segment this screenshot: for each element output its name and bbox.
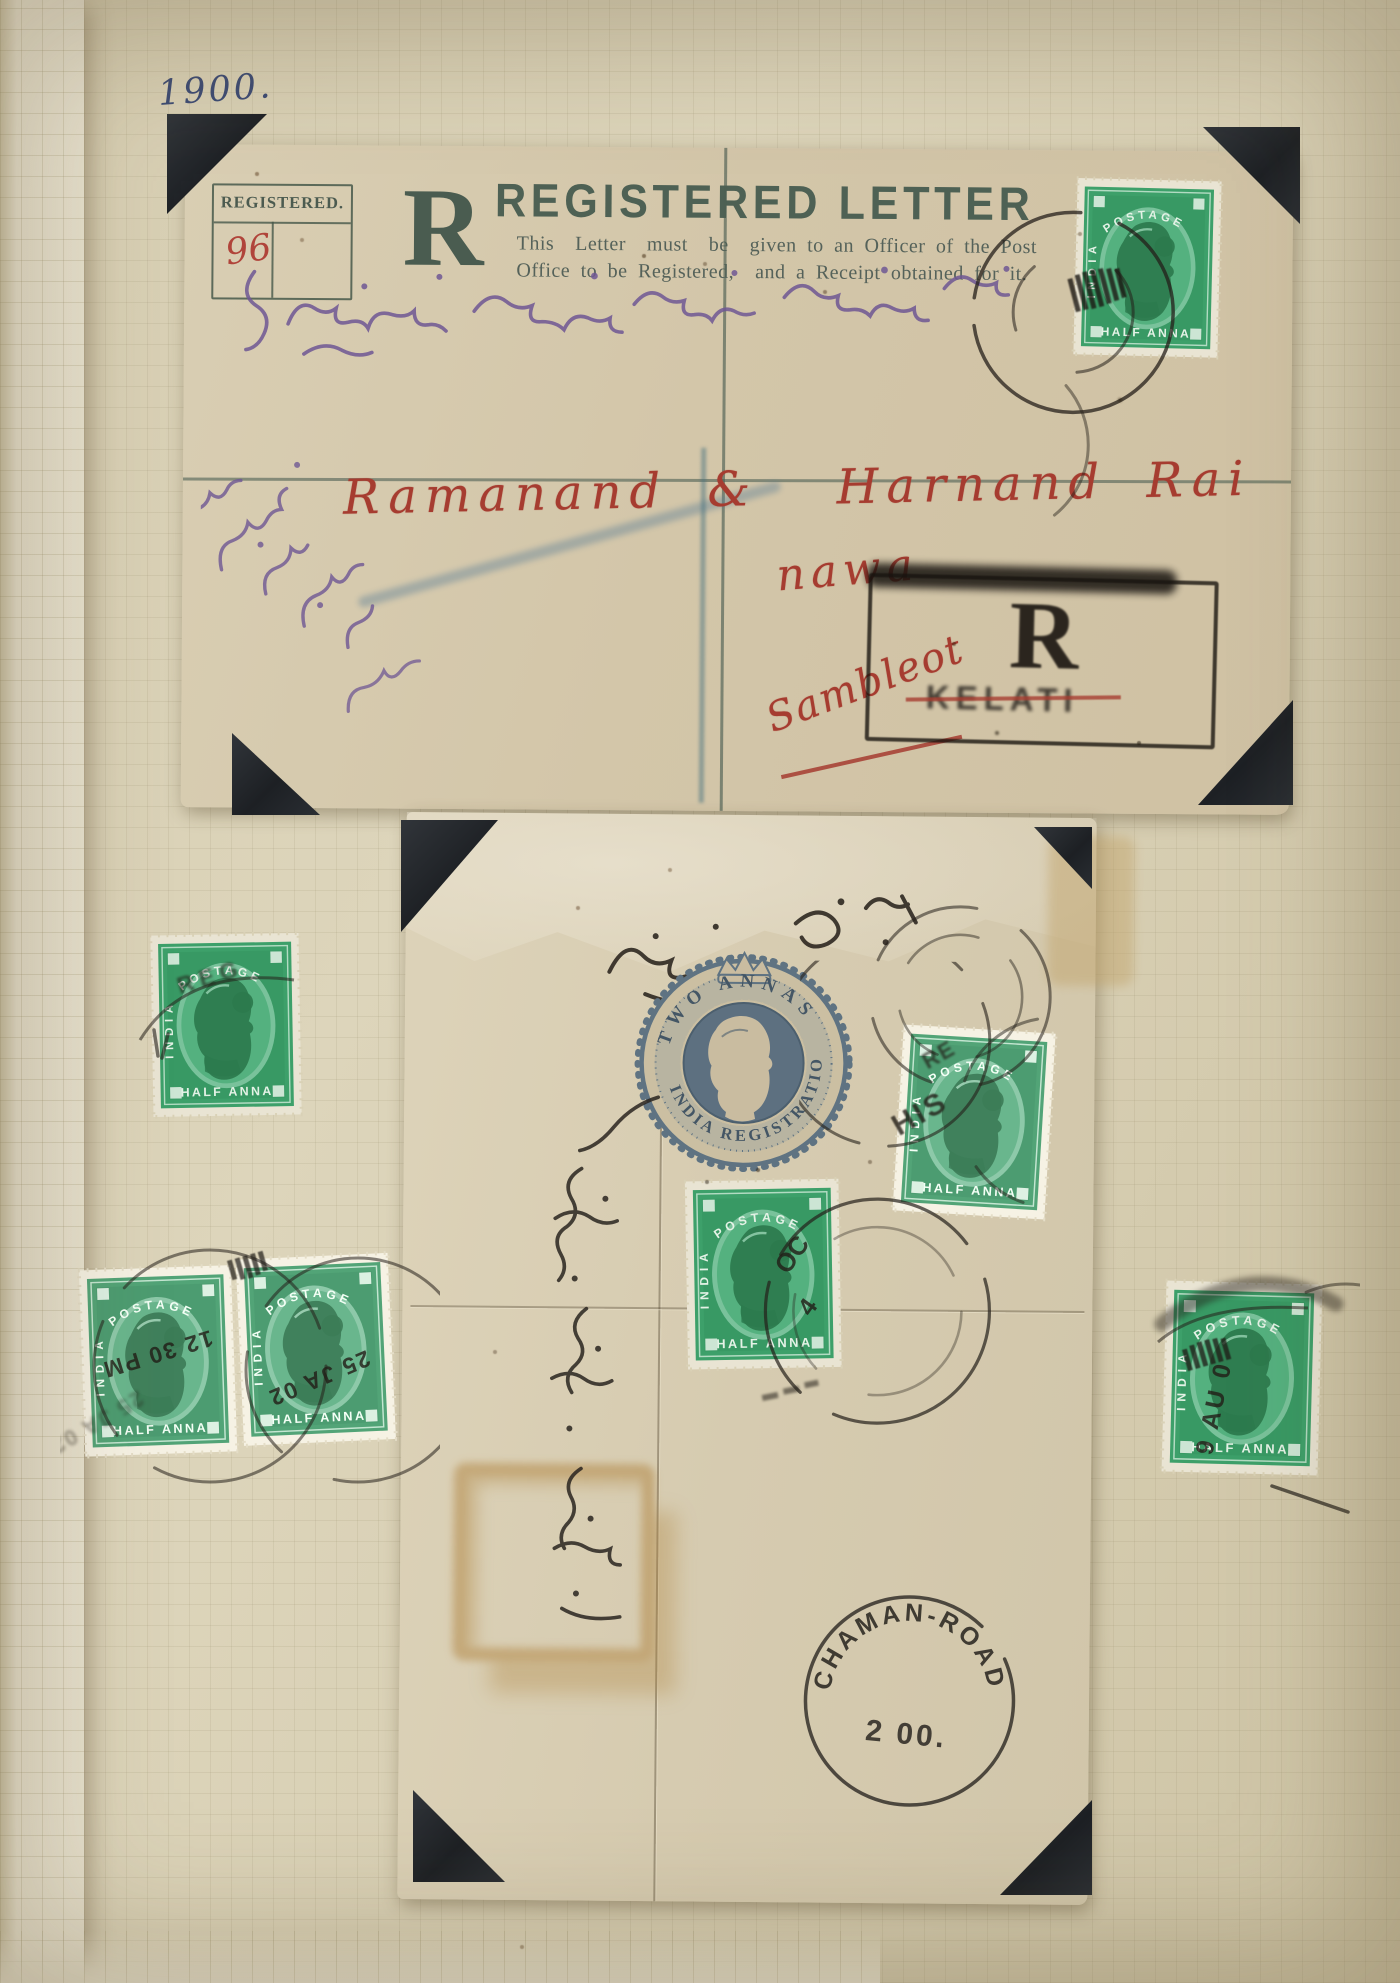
postage-stamp-half-anna [233,1246,398,1453]
year-annotation: 1900. [157,66,275,114]
postmark-arc-text: CHAMAN-ROAD [808,1589,1019,1709]
loose-stamp-pair [76,1246,403,1467]
loose-stamp-single-left [148,924,303,1127]
registered-box-label: REGISTERED. [214,192,351,213]
divider [214,221,351,224]
urdu-script-tail [319,635,450,716]
address-red-handwriting: Ramanand & Harnand Rai [342,451,1243,526]
urdu-script-black-column [491,1048,677,1690]
album-page: POSTAGE INDIA HALF ANNA 1900. REGISTERED… [0,0,1400,1983]
postmark-date-text: 2 00. [864,1714,949,1755]
foxing-specks [0,0,4,4]
urdu-script-top [224,239,1035,375]
album-page-left-edge [0,0,84,1983]
postage-stamp-half-anna [77,1258,240,1463]
postage-stamp-half-anna [1059,176,1235,360]
handstamp-r: R [1008,582,1080,689]
svg-text:CHAMAN-ROAD: CHAMAN-ROAD [808,1589,1019,1709]
boxed-r-handstamp: R KELATI [865,573,1219,750]
postage-stamp-half-anna [888,1022,1059,1221]
postage-stamp-half-anna [679,1177,847,1372]
envelope-title: REGISTERED LETTER [495,172,1035,231]
postmark-chaman-road: CHAMAN-ROAD 2 00. [783,1576,1045,1838]
registered-letter-envelope: REGISTERED. 96 R REGISTERED LETTER This … [181,144,1294,815]
registration-envelope-back: TWO ANNAS INDIA REGISTRATION HIS RE OC 4 [397,812,1096,1905]
album-page-bottom-edge [0,1931,880,1983]
loose-stamp-single-right [1159,1276,1324,1480]
